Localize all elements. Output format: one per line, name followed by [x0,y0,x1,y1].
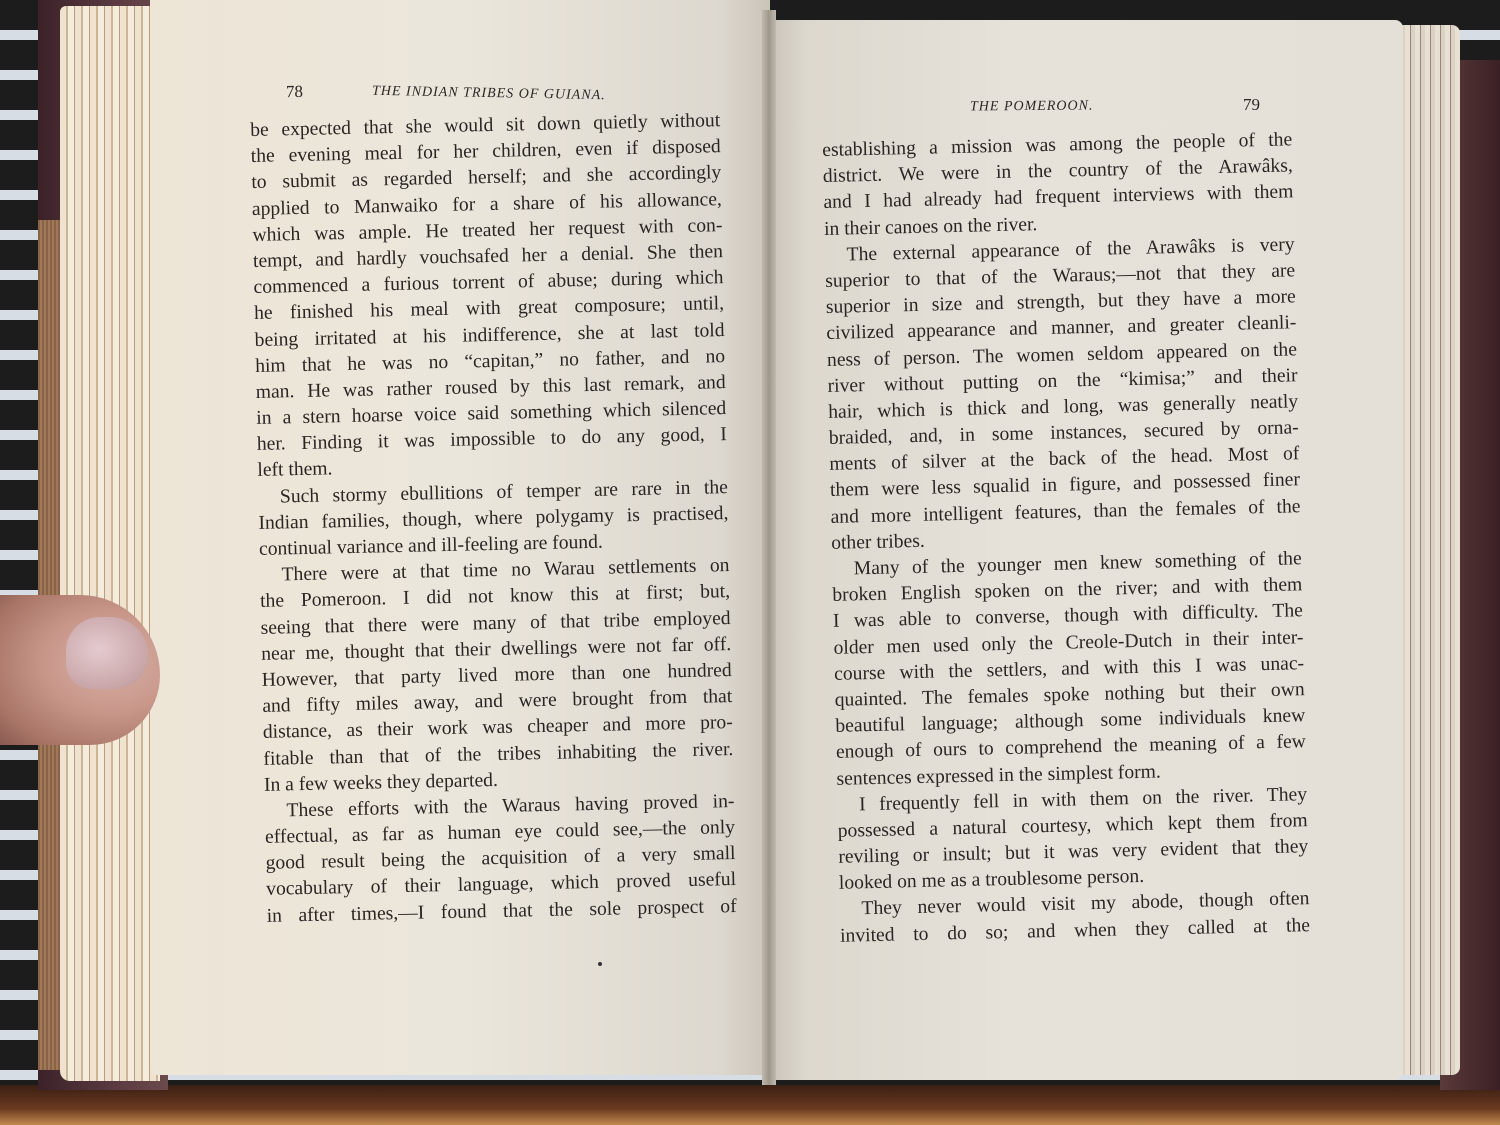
right-page-number: 79 [1243,95,1260,115]
left-page-body: be expected that she would sit down quie… [250,108,737,929]
page-edges-left [60,6,160,1081]
table-surface [0,1085,1500,1125]
left-page-number: 78 [286,82,303,102]
right-running-head: The Pomeroon. [970,99,1094,116]
book-gutter [762,10,776,1085]
page-speck [598,962,602,966]
page-edges-right [1395,25,1460,1075]
reader-thumb [0,595,160,745]
right-page-body: establishing a mission was among the peo… [822,127,1310,949]
thumbnail [66,617,148,689]
